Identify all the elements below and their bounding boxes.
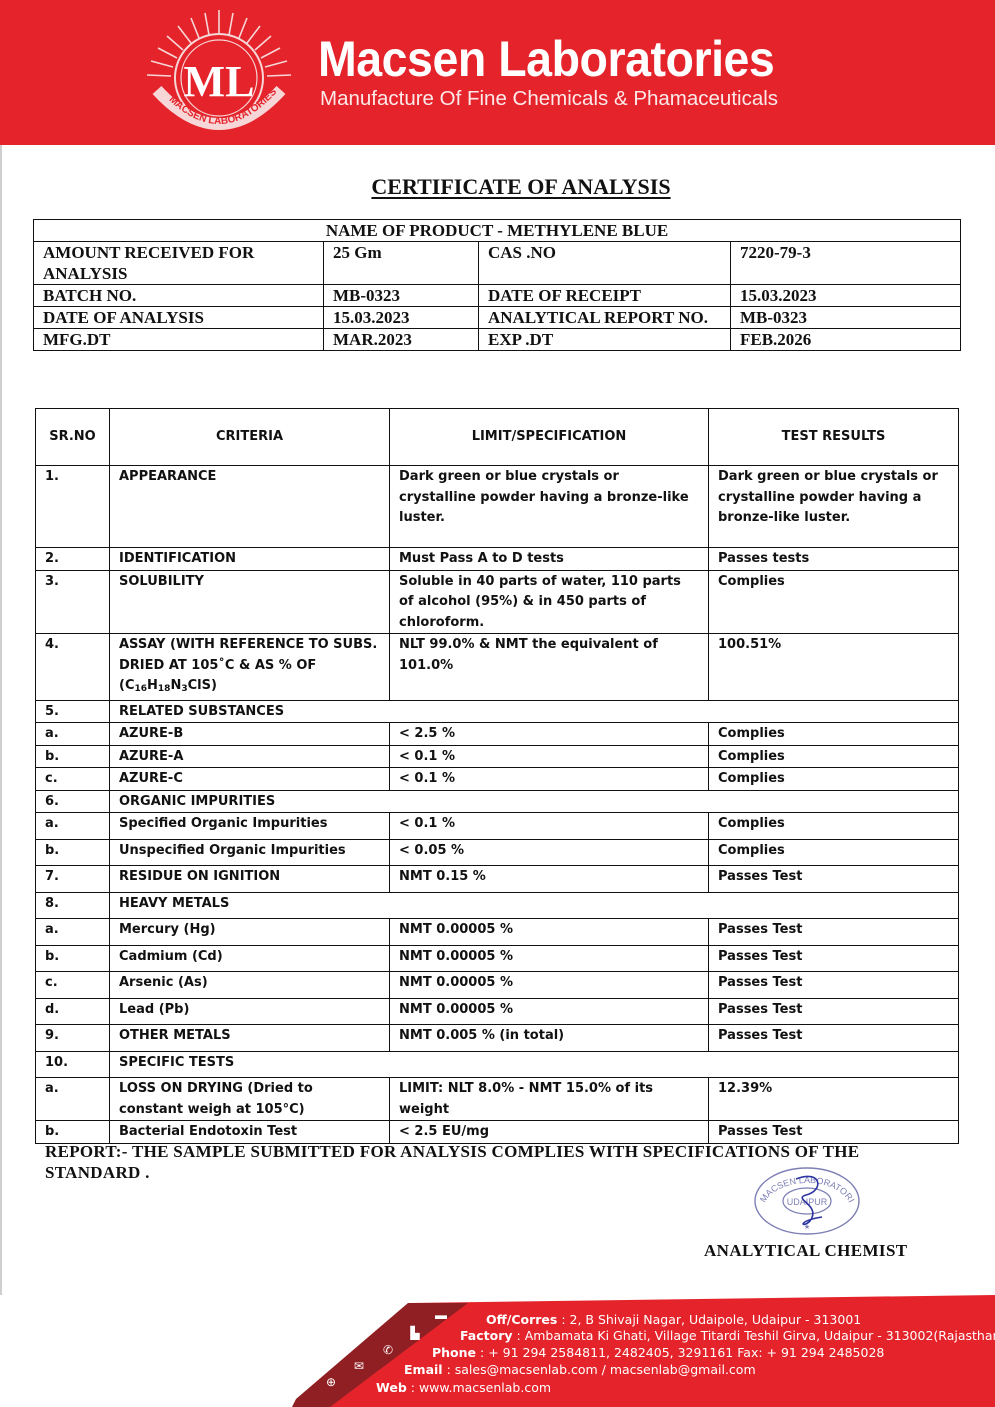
- info-label: BATCH NO.: [34, 285, 324, 307]
- info-value: FEB.2026: [731, 329, 961, 351]
- test-result: Complies: [709, 813, 959, 840]
- sr-no: 6.: [36, 790, 110, 813]
- table-row: a.AZURE-B< 2.5 %Complies: [36, 723, 959, 746]
- criteria: AZURE-C: [110, 768, 390, 791]
- mail-icon: ✉: [352, 1359, 366, 1373]
- test-result: Complies: [709, 570, 959, 634]
- sr-no: b.: [36, 839, 110, 866]
- limit: Dark green or blue crystals or crystalli…: [390, 466, 709, 548]
- sr-no: b.: [36, 945, 110, 972]
- company-tagline: Manufacture Of Fine Chemicals & Phamaceu…: [320, 87, 778, 111]
- info-row: MFG.DTMAR.2023EXP .DTFEB.2026: [34, 329, 961, 351]
- table-row: a.Specified Organic Impurities< 0.1 %Com…: [36, 813, 959, 840]
- test-result: Complies: [709, 768, 959, 791]
- section-title: RELATED SUBSTANCES: [110, 700, 959, 723]
- letterhead-banner: MACSEN LABORATORIES ML Macsen Laboratori…: [0, 0, 995, 145]
- website-link[interactable]: Web : www.macsenlab.com: [376, 1380, 551, 1396]
- info-value: MB-0323: [731, 307, 961, 329]
- company-name: Macsen Laboratories: [318, 30, 774, 88]
- test-result: Complies: [709, 723, 959, 746]
- table-row: c.Arsenic (As)NMT 0.00005 %Passes Test: [36, 972, 959, 999]
- limit: < 0.05 %: [390, 839, 709, 866]
- page-edge: [0, 145, 2, 1295]
- letterhead-footer: ▬ ▙ ✆ ✉ ⊕ Off/Corres : 2, B Shivaji Naga…: [0, 1295, 995, 1407]
- limit: NLT 99.0% & NMT the equivalent of 101.0%: [390, 634, 709, 701]
- sr-no: 8.: [36, 892, 110, 919]
- test-result: Dark green or blue crystals or crystalli…: [709, 466, 959, 548]
- sr-no: 9.: [36, 1025, 110, 1052]
- phone-icon: ✆: [381, 1343, 395, 1357]
- test-result: 100.51%: [709, 634, 959, 701]
- sr-no: a.: [36, 1078, 110, 1121]
- limit: < 0.1 %: [390, 745, 709, 768]
- product-name: NAME OF PRODUCT - METHYLENE BLUE: [34, 220, 961, 242]
- test-result: Passes Test: [709, 945, 959, 972]
- info-label: ANALYTICAL REPORT NO.: [479, 307, 731, 329]
- criteria: Cadmium (Cd): [110, 945, 390, 972]
- info-label: MFG.DT: [34, 329, 324, 351]
- sr-no: c.: [36, 972, 110, 999]
- info-value: MB-0323: [324, 285, 479, 307]
- criteria: Lead (Pb): [110, 998, 390, 1025]
- sr-no: b.: [36, 745, 110, 768]
- table-row: 1.APPEARANCEDark green or blue crystals …: [36, 466, 959, 548]
- section-title: SPECIFIC TESTS: [110, 1051, 959, 1078]
- limit: NMT 0.00005 %: [390, 998, 709, 1025]
- table-row: b.AZURE-A< 0.1 %Complies: [36, 745, 959, 768]
- sr-no: c.: [36, 768, 110, 791]
- svg-text:UDAIPUR: UDAIPUR: [787, 1197, 828, 1207]
- limit: < 0.1 %: [390, 768, 709, 791]
- product-info-table: NAME OF PRODUCT - METHYLENE BLUE AMOUNT …: [33, 219, 961, 351]
- sr-no: 7.: [36, 866, 110, 893]
- criteria: Arsenic (As): [110, 972, 390, 999]
- table-row: 2.IDENTIFICATIONMust Pass A to D testsPa…: [36, 548, 959, 571]
- table-row: 7.RESIDUE ON IGNITIONNMT 0.15 %Passes Te…: [36, 866, 959, 893]
- test-result: Passes Test: [709, 866, 959, 893]
- limit: NMT 0.15 %: [390, 866, 709, 893]
- email-addresses[interactable]: Email : sales@macsenlab.com / macsenlab@…: [404, 1362, 756, 1378]
- section-row: 8.HEAVY METALS: [36, 892, 959, 919]
- test-result: Passes tests: [709, 548, 959, 571]
- col-header-limit: LIMIT/SPECIFICATION: [390, 409, 709, 466]
- table-row: c.AZURE-C< 0.1 %Complies: [36, 768, 959, 791]
- table-row: b.Cadmium (Cd)NMT 0.00005 %Passes Test: [36, 945, 959, 972]
- factory-address: Factory : Ambamata Ki Ghati, Village Tit…: [460, 1328, 995, 1344]
- test-result: Complies: [709, 839, 959, 866]
- factory-icon: ▙: [408, 1326, 422, 1340]
- phone-numbers: Phone : + 91 294 2584811, 2482405, 32911…: [432, 1345, 884, 1361]
- criteria: Specified Organic Impurities: [110, 813, 390, 840]
- info-value: 25 Gm: [324, 242, 479, 285]
- criteria: ASSAY (WITH REFERENCE TO SUBS. DRIED AT …: [110, 634, 390, 701]
- criteria: Mercury (Hg): [110, 919, 390, 946]
- sr-no: 10.: [36, 1051, 110, 1078]
- info-value: 15.03.2023: [324, 307, 479, 329]
- section-title: HEAVY METALS: [110, 892, 959, 919]
- test-result: 12.39%: [709, 1078, 959, 1121]
- criteria: AZURE-B: [110, 723, 390, 746]
- info-row: BATCH NO.MB-0323DATE OF RECEIPT15.03.202…: [34, 285, 961, 307]
- info-value: MAR.2023: [324, 329, 479, 351]
- table-row: b.Unspecified Organic Impurities< 0.05 %…: [36, 839, 959, 866]
- office-address: Off/Corres : 2, B Shivaji Nagar, Udaipol…: [486, 1312, 861, 1328]
- signatory-title: ANALYTICAL CHEMIST: [704, 1241, 908, 1261]
- test-result: Passes Test: [709, 972, 959, 999]
- limit: NMT 0.00005 %: [390, 919, 709, 946]
- criteria: APPEARANCE: [110, 466, 390, 548]
- info-label: DATE OF ANALYSIS: [34, 307, 324, 329]
- sr-no: 1.: [36, 466, 110, 548]
- section-title: ORGANIC IMPURITIES: [110, 790, 959, 813]
- svg-text:★: ★: [804, 1223, 810, 1231]
- info-row: DATE OF ANALYSIS15.03.2023ANALYTICAL REP…: [34, 307, 961, 329]
- sr-no: b.: [36, 1121, 110, 1144]
- table-row: b.Bacterial Endotoxin Test< 2.5 EU/mgPas…: [36, 1121, 959, 1144]
- criteria: IDENTIFICATION: [110, 548, 390, 571]
- table-row: d.Lead (Pb)NMT 0.00005 %Passes Test: [36, 998, 959, 1025]
- info-label: DATE OF RECEIPT: [479, 285, 731, 307]
- criteria: OTHER METALS: [110, 1025, 390, 1052]
- chemical-formula: (C16H18N3ClS): [119, 678, 217, 693]
- limit: < 2.5 EU/mg: [390, 1121, 709, 1144]
- criteria: Bacterial Endotoxin Test: [110, 1121, 390, 1144]
- test-result: Passes Test: [709, 919, 959, 946]
- limit: NMT 0.00005 %: [390, 945, 709, 972]
- table-row: a.Mercury (Hg)NMT 0.00005 %Passes Test: [36, 919, 959, 946]
- criteria: AZURE-A: [110, 745, 390, 768]
- test-result: Passes Test: [709, 998, 959, 1025]
- limit: < 0.1 %: [390, 813, 709, 840]
- col-header-srno: SR.NO: [36, 409, 110, 466]
- limit: NMT 0.005 % (in total): [390, 1025, 709, 1052]
- sr-no: 2.: [36, 548, 110, 571]
- table-row: 4.ASSAY (WITH REFERENCE TO SUBS. DRIED A…: [36, 634, 959, 701]
- limit: < 2.5 %: [390, 723, 709, 746]
- criteria: Unspecified Organic Impurities: [110, 839, 390, 866]
- info-label: CAS .NO: [479, 242, 731, 285]
- info-value: 7220-79-3: [731, 242, 961, 285]
- info-label: EXP .DT: [479, 329, 731, 351]
- section-row: 5.RELATED SUBSTANCES: [36, 700, 959, 723]
- limit: NMT 0.00005 %: [390, 972, 709, 999]
- section-row: 10.SPECIFIC TESTS: [36, 1051, 959, 1078]
- document-title: CERTIFICATE OF ANALYSIS: [0, 174, 995, 200]
- limit: LIMIT: NLT 8.0% - NMT 15.0% of its weigh…: [390, 1078, 709, 1121]
- test-result: Passes Test: [709, 1025, 959, 1052]
- test-result: Passes Test: [709, 1121, 959, 1144]
- col-header-results: TEST RESULTS: [709, 409, 959, 466]
- criteria: RESIDUE ON IGNITION: [110, 866, 390, 893]
- table-row: 3.SOLUBILITYSoluble in 40 parts of water…: [36, 570, 959, 634]
- sr-no: a.: [36, 723, 110, 746]
- sr-no: a.: [36, 919, 110, 946]
- sr-no: 4.: [36, 634, 110, 701]
- col-header-criteria: CRITERIA: [110, 409, 390, 466]
- limit: Must Pass A to D tests: [390, 548, 709, 571]
- table-row: 9.OTHER METALSNMT 0.005 % (in total)Pass…: [36, 1025, 959, 1052]
- company-stamp-icon: MACSEN LABORATORIES UDAIPUR ★: [752, 1165, 862, 1235]
- section-row: 6.ORGANIC IMPURITIES: [36, 790, 959, 813]
- test-result: Complies: [709, 745, 959, 768]
- sr-no: a.: [36, 813, 110, 840]
- globe-icon: ⊕: [324, 1375, 338, 1389]
- criteria: LOSS ON DRYING (Dried to constant weigh …: [110, 1078, 390, 1121]
- analysis-table: SR.NO CRITERIA LIMIT/SPECIFICATION TEST …: [35, 408, 959, 1144]
- info-value: 15.03.2023: [731, 285, 961, 307]
- table-row: a.LOSS ON DRYING (Dried to constant weig…: [36, 1078, 959, 1121]
- limit: Soluble in 40 parts of water, 110 parts …: [390, 570, 709, 634]
- criteria: SOLUBILITY: [110, 570, 390, 634]
- company-logo-icon: MACSEN LABORATORIES ML: [143, 8, 295, 138]
- briefcase-icon: ▬: [434, 1308, 448, 1322]
- sr-no: d.: [36, 998, 110, 1025]
- svg-text:ML: ML: [184, 57, 255, 106]
- info-row: AMOUNT RECEIVED FOR ANALYSIS25 GmCAS .NO…: [34, 242, 961, 285]
- sr-no: 5.: [36, 700, 110, 723]
- info-label: AMOUNT RECEIVED FOR ANALYSIS: [34, 242, 324, 285]
- sr-no: 3.: [36, 570, 110, 634]
